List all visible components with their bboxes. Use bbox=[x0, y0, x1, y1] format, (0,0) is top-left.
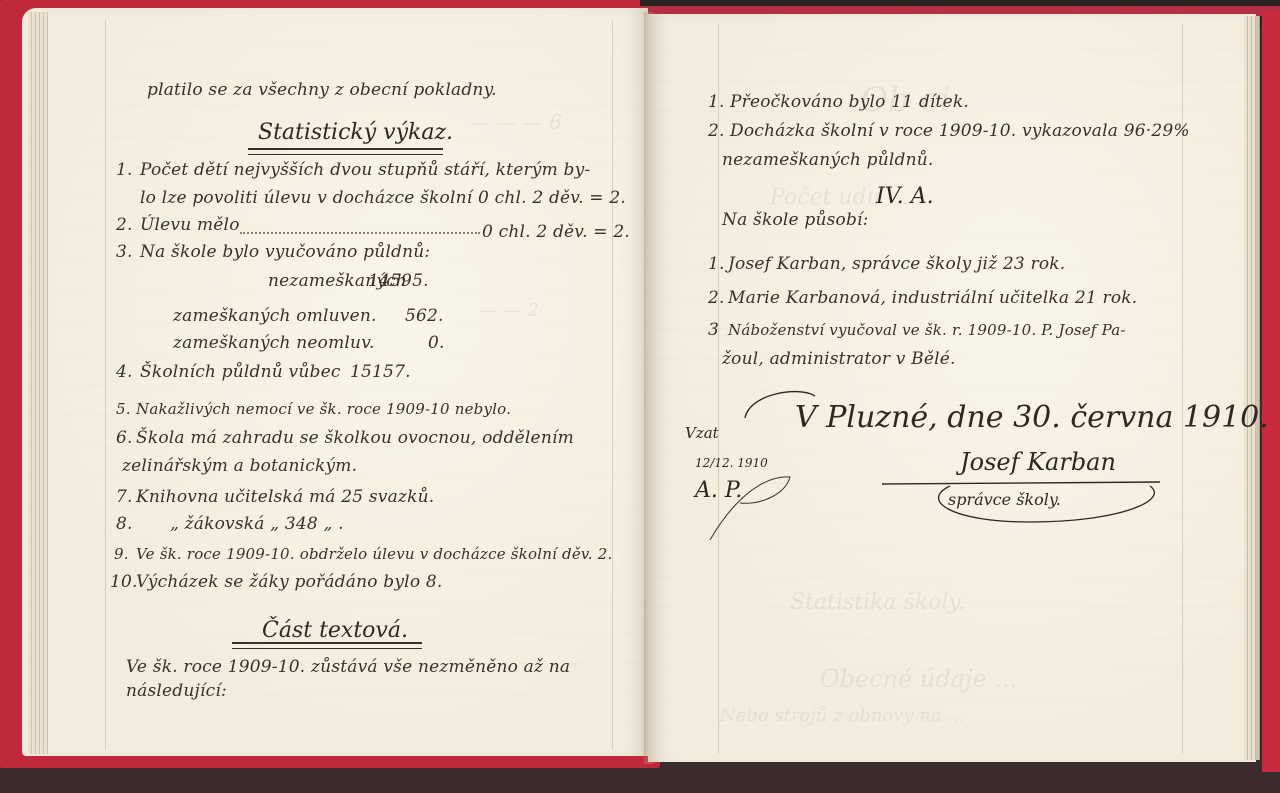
item-number: 2. bbox=[116, 215, 133, 235]
item-number: 3. bbox=[116, 242, 133, 262]
initials-flourish-icon bbox=[690, 465, 800, 545]
place-date: V Pluzné, dne 30. června 1910. bbox=[795, 400, 1269, 435]
item-number: 1. bbox=[116, 160, 133, 180]
item-text: lo lze povoliti úlevu v docházce školní … bbox=[140, 188, 626, 208]
intro-line: platilo se za všechny z obecní pokladny. bbox=[147, 80, 497, 100]
item-text: zelinářským a botanickým. bbox=[122, 456, 357, 476]
closing-line: následující: bbox=[126, 681, 227, 701]
show-through-text: Obecné údaje ... bbox=[820, 665, 1017, 693]
book-cover-right-edge bbox=[1262, 10, 1280, 772]
section-title-statistics: Statistický výkaz. bbox=[258, 120, 453, 145]
item-text: „ žákovská „ 348 „ . bbox=[170, 514, 344, 534]
page-stack-left bbox=[28, 12, 48, 754]
item-text: Přeočkováno bylo 11 dítek. bbox=[730, 92, 969, 112]
item-number: 10. bbox=[110, 572, 138, 592]
annotation-vzat: Vzat bbox=[685, 424, 719, 442]
left-margin-line bbox=[105, 20, 106, 750]
staff-number: 2. bbox=[708, 288, 725, 308]
item-number: 6. bbox=[116, 428, 133, 448]
subitem-value: 14595. bbox=[368, 271, 429, 291]
item-value: 0 chl. 2 děv. = 2. bbox=[482, 222, 630, 242]
item-value: 15157. bbox=[350, 362, 411, 382]
left-right-margin-line bbox=[612, 20, 613, 750]
section-title-text-part: Část textová. bbox=[262, 618, 408, 643]
show-through-text: Nebo strojů z obnovy na ... bbox=[720, 705, 965, 726]
subitem-label: zameškaných neomluv. bbox=[173, 333, 375, 353]
section-title-iva: IV. A. bbox=[876, 184, 934, 209]
item-text: nezameškaných půldnů. bbox=[722, 150, 934, 170]
item-number: 2. bbox=[708, 121, 725, 141]
title-underline bbox=[248, 148, 443, 155]
item-text: Docházka školní v roce 1909-10. vykazova… bbox=[730, 121, 1190, 141]
item-text: Nakažlivých nemocí ve šk. roce 1909-10 n… bbox=[136, 400, 511, 418]
staff-text: Náboženství vyučoval ve šk. r. 1909-10. … bbox=[728, 321, 1126, 339]
item-number: 1. bbox=[708, 92, 725, 112]
show-through-text: Statistika školy. bbox=[790, 590, 965, 615]
item-number: 7. bbox=[116, 487, 133, 507]
item-text: Na škole bylo vyučováno půldnů: bbox=[140, 242, 430, 262]
item-text: Výcházek se žáky pořádáno bylo 8. bbox=[136, 572, 442, 592]
title-underline bbox=[232, 642, 422, 649]
item-text: Počet dětí nejvyšších dvou stupňů stáří,… bbox=[140, 160, 590, 180]
subitem-label: zameškaných omluven. bbox=[173, 306, 377, 326]
staff-number: 1. bbox=[708, 254, 725, 274]
staff-intro: Na škole působí: bbox=[722, 210, 869, 230]
closing-line: Ve šk. roce 1909-10. zůstává vše nezměně… bbox=[126, 657, 570, 677]
item-text: Ve šk. roce 1909-10. obdrželo úlevu v do… bbox=[136, 545, 612, 563]
show-through-text: — — 2 bbox=[480, 300, 539, 321]
staff-text: Josef Karban, správce školy již 23 rok. bbox=[728, 254, 1065, 274]
item-number: 4. bbox=[116, 362, 133, 382]
subitem-value: 0. bbox=[428, 333, 445, 353]
subitem-value: 562. bbox=[405, 306, 444, 326]
staff-text: žoul, administrator v Bělé. bbox=[722, 349, 956, 369]
staff-number: 3 bbox=[708, 320, 719, 340]
item-text: Knihovna učitelská má 25 svazků. bbox=[136, 487, 434, 507]
staff-text: Marie Karbanová, industriální učitelka 2… bbox=[728, 288, 1137, 308]
item-text: Školních půldnů vůbec bbox=[140, 362, 341, 382]
item-number: 5. bbox=[116, 400, 131, 418]
leader-dots bbox=[240, 232, 480, 234]
item-text: Úlevu mělo bbox=[140, 215, 240, 235]
item-text: Škola má zahradu se školkou ovocnou, odd… bbox=[136, 428, 574, 448]
item-number: 9. bbox=[114, 545, 129, 563]
item-number: 8. bbox=[116, 514, 133, 534]
page-stack-right bbox=[1244, 16, 1260, 760]
signature-title: správce školy. bbox=[948, 490, 1061, 509]
show-through-text: — — — 6 bbox=[470, 110, 562, 134]
book-scene: — — — 6 — — 2 platilo se za všechny z ob… bbox=[0, 0, 1280, 793]
